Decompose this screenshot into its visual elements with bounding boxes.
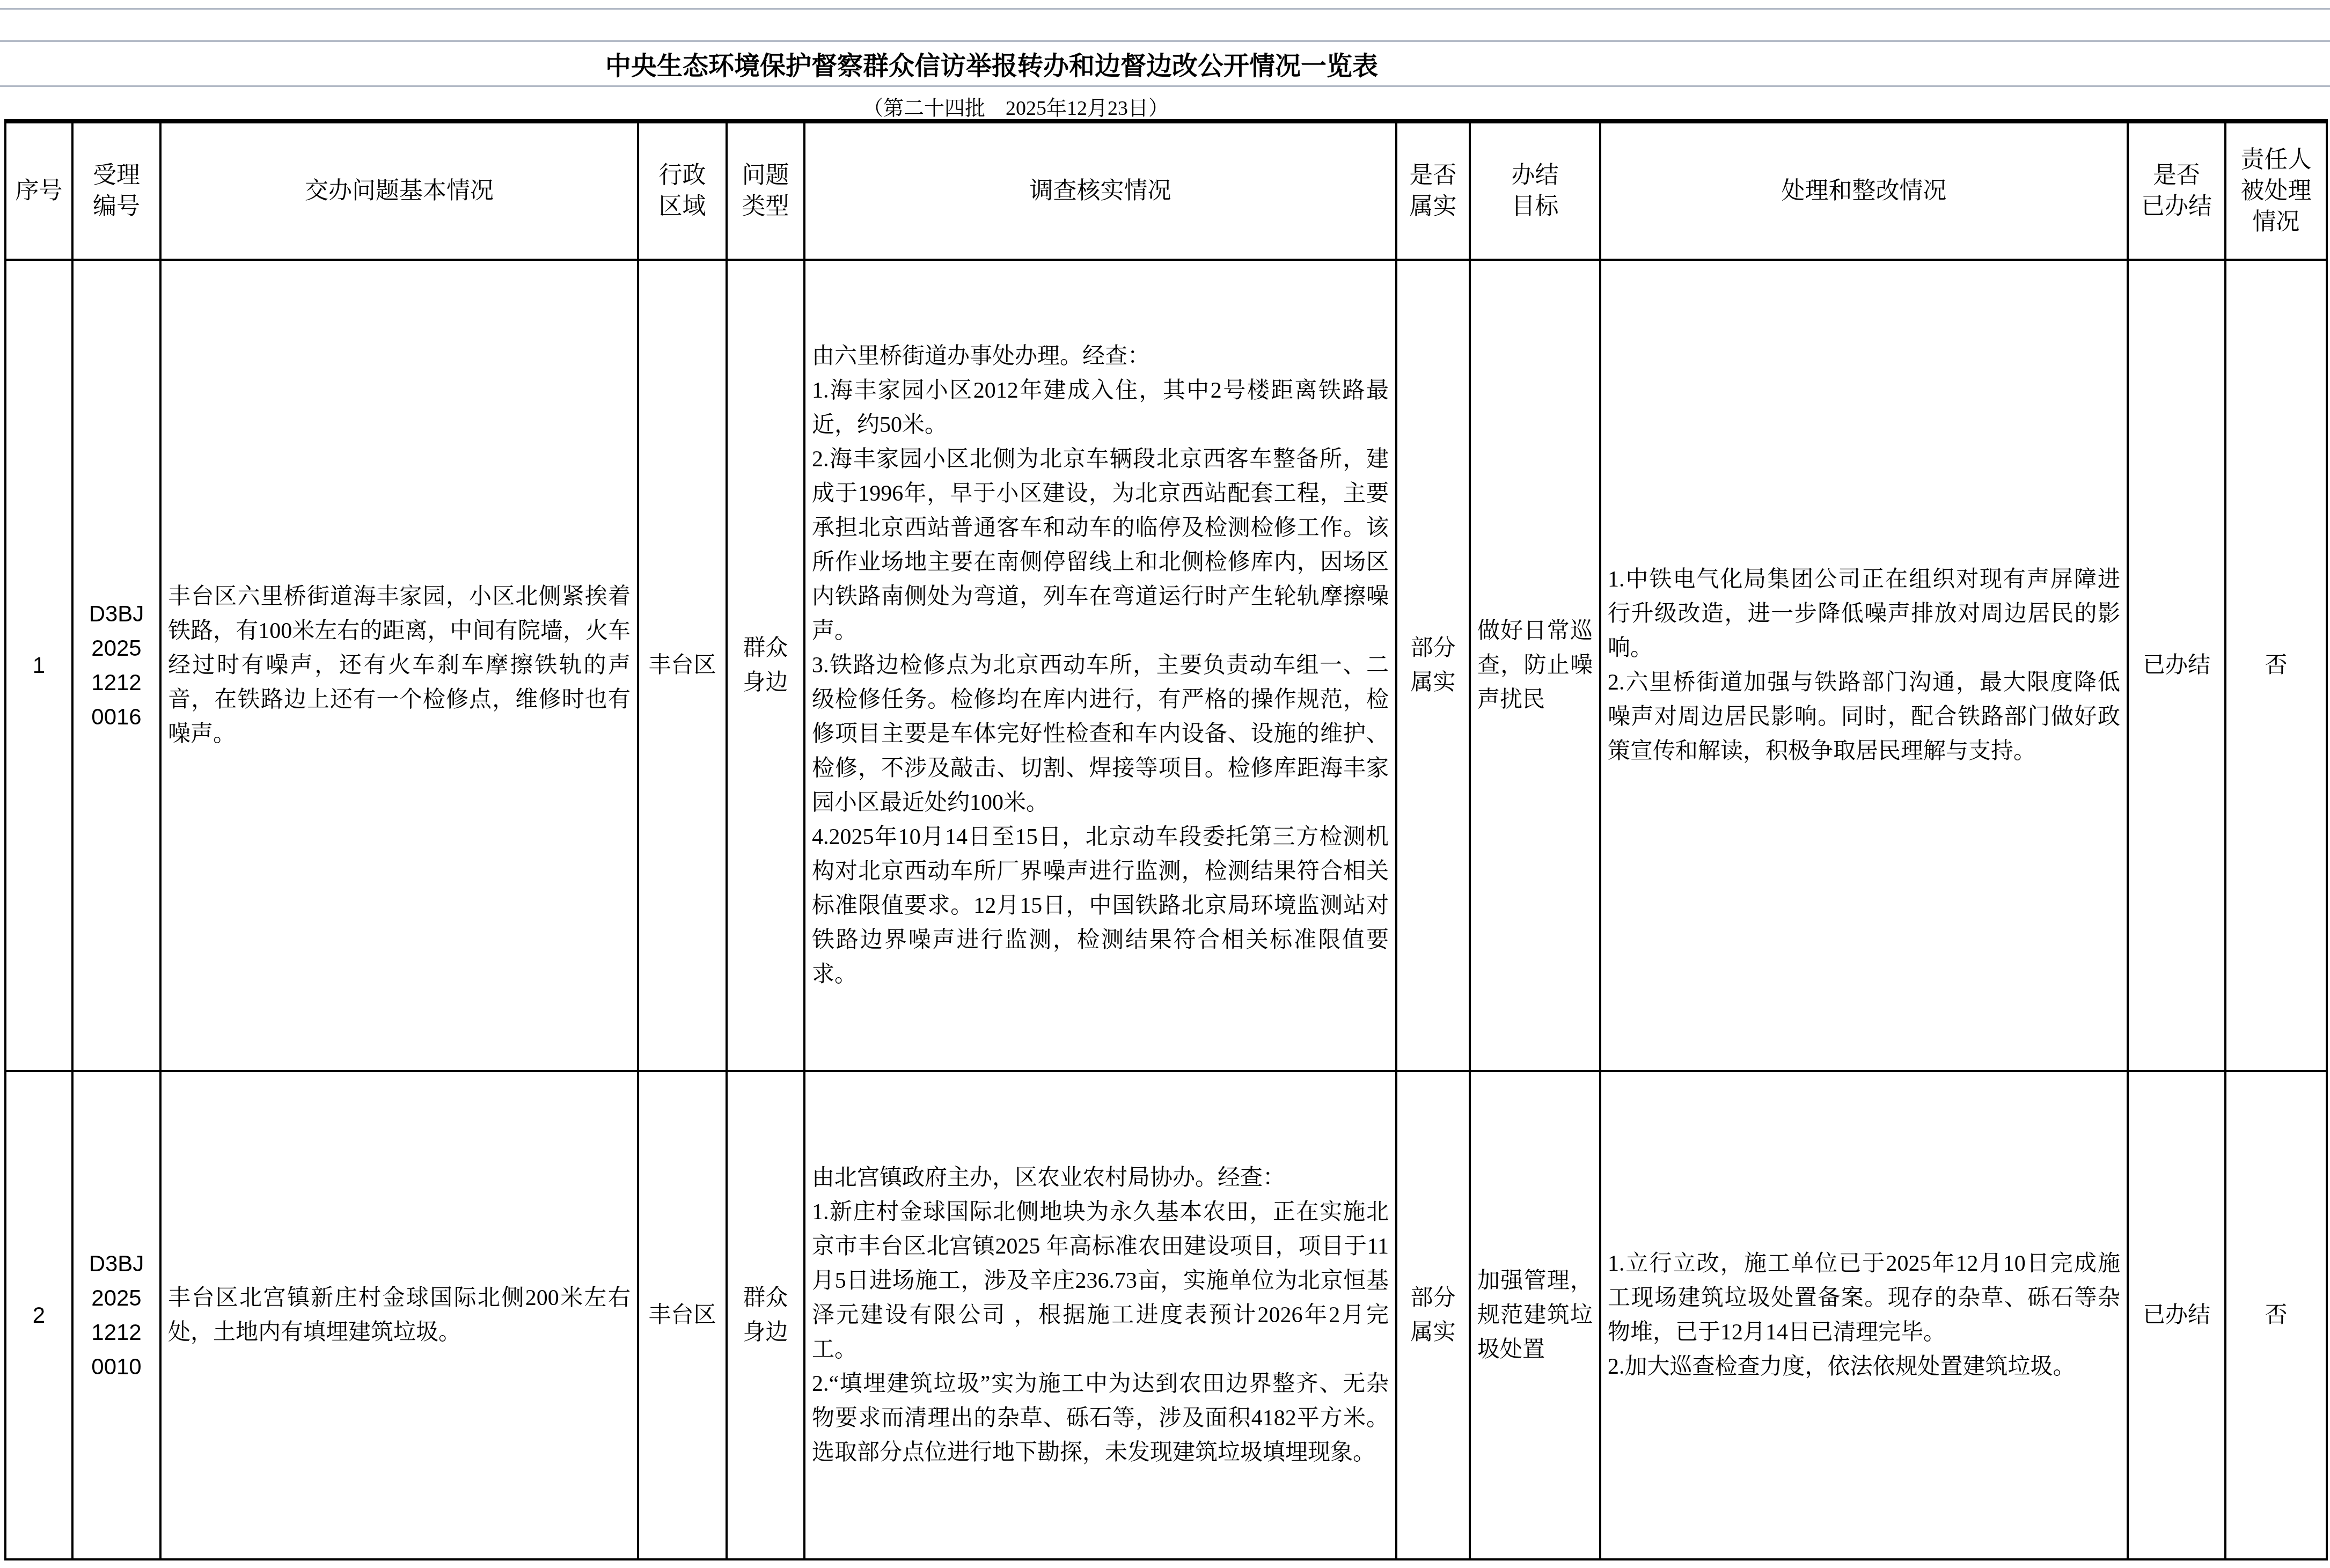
cell-investigation: 由六里桥街道办事处办理。经查： 1.海丰家园小区2012年建成入住，其中2号楼距… xyxy=(804,260,1396,1071)
col-header-handling: 处理和整改情况 xyxy=(1600,121,2128,260)
col-header-accountability: 责任人 被处理 情况 xyxy=(2225,121,2327,260)
col-header-district: 行政 区域 xyxy=(638,121,727,260)
col-header-closed: 是否 已办结 xyxy=(2128,121,2225,260)
cell-case-no: D3BJ 2025 1212 0016 xyxy=(72,260,160,1071)
cell-accountability: 否 xyxy=(2225,260,2327,1071)
table-row: 1 D3BJ 2025 1212 0016 丰台区六里桥街道海丰家园，小区北侧紧… xyxy=(5,260,2327,1071)
cell-accountability: 否 xyxy=(2225,1071,2327,1559)
page-title: 中央生态环境保护督察群众信访举报转办和边督边改公开情况一览表 xyxy=(605,45,1378,82)
cell-type: 群众身边 xyxy=(727,260,804,1071)
col-header-target: 办结 目标 xyxy=(1470,121,1600,260)
cell-district: 丰台区 xyxy=(638,1071,727,1559)
cell-seq: 2 xyxy=(5,1071,72,1559)
grid-row-line xyxy=(0,85,2330,87)
cell-investigation: 由北宫镇政府主办，区农业农村局协办。经查： 1.新庄村金球国际北侧地块为永久基本… xyxy=(804,1071,1396,1559)
disclosure-table: 序号 受理 编号 交办问题基本情况 行政 区域 问题 类型 调查核实情况 是否 … xyxy=(4,119,2328,1560)
cell-target: 做好日常巡查，防止噪声扰民 xyxy=(1470,260,1600,1071)
cell-handling: 1.中铁电气化局集团公司正在组织对现有声屏障进行升级改造，进一步降低噪声排放对周… xyxy=(1600,260,2128,1071)
grid-row-line xyxy=(0,40,2330,42)
col-header-seq: 序号 xyxy=(5,121,72,260)
cell-type: 群众身边 xyxy=(727,1071,804,1559)
col-header-investigation: 调查核实情况 xyxy=(804,121,1396,260)
cell-seq: 1 xyxy=(5,260,72,1071)
cell-target: 加强管理，规范建筑垃圾处置 xyxy=(1470,1071,1600,1559)
col-header-type: 问题 类型 xyxy=(727,121,804,260)
col-header-verified: 是否 属实 xyxy=(1396,121,1470,260)
cell-problem: 丰台区六里桥街道海丰家园，小区北侧紧挨着铁路，有100米左右的距离，中间有院墙，… xyxy=(160,260,638,1071)
cell-handling: 1.立行立改，施工单位已于2025年12月10日完成施工现场建筑垃圾处置备案。现… xyxy=(1600,1071,2128,1559)
cell-closed: 已办结 xyxy=(2128,260,2225,1071)
cell-district: 丰台区 xyxy=(638,260,727,1071)
col-header-problem: 交办问题基本情况 xyxy=(160,121,638,260)
page-subtitle: （第二十四批 2025年12月23日） xyxy=(863,91,1169,121)
header-row: 序号 受理 编号 交办问题基本情况 行政 区域 问题 类型 调查核实情况 是否 … xyxy=(5,121,2327,260)
cell-verified: 部分属实 xyxy=(1396,260,1470,1071)
cell-verified: 部分属实 xyxy=(1396,1071,1470,1559)
spreadsheet-page: 中央生态环境保护督察群众信访举报转办和边督边改公开情况一览表 （第二十四批 20… xyxy=(0,0,2330,1568)
cell-problem: 丰台区北宫镇新庄村金球国际北侧200米左右处，土地内有填埋建筑垃圾。 xyxy=(160,1071,638,1559)
grid-row-line xyxy=(0,8,2330,10)
table-row: 2 D3BJ 2025 1212 0010 丰台区北宫镇新庄村金球国际北侧200… xyxy=(5,1071,2327,1559)
cell-closed: 已办结 xyxy=(2128,1071,2225,1559)
cell-case-no: D3BJ 2025 1212 0010 xyxy=(72,1071,160,1559)
col-header-case-no: 受理 编号 xyxy=(72,121,160,260)
